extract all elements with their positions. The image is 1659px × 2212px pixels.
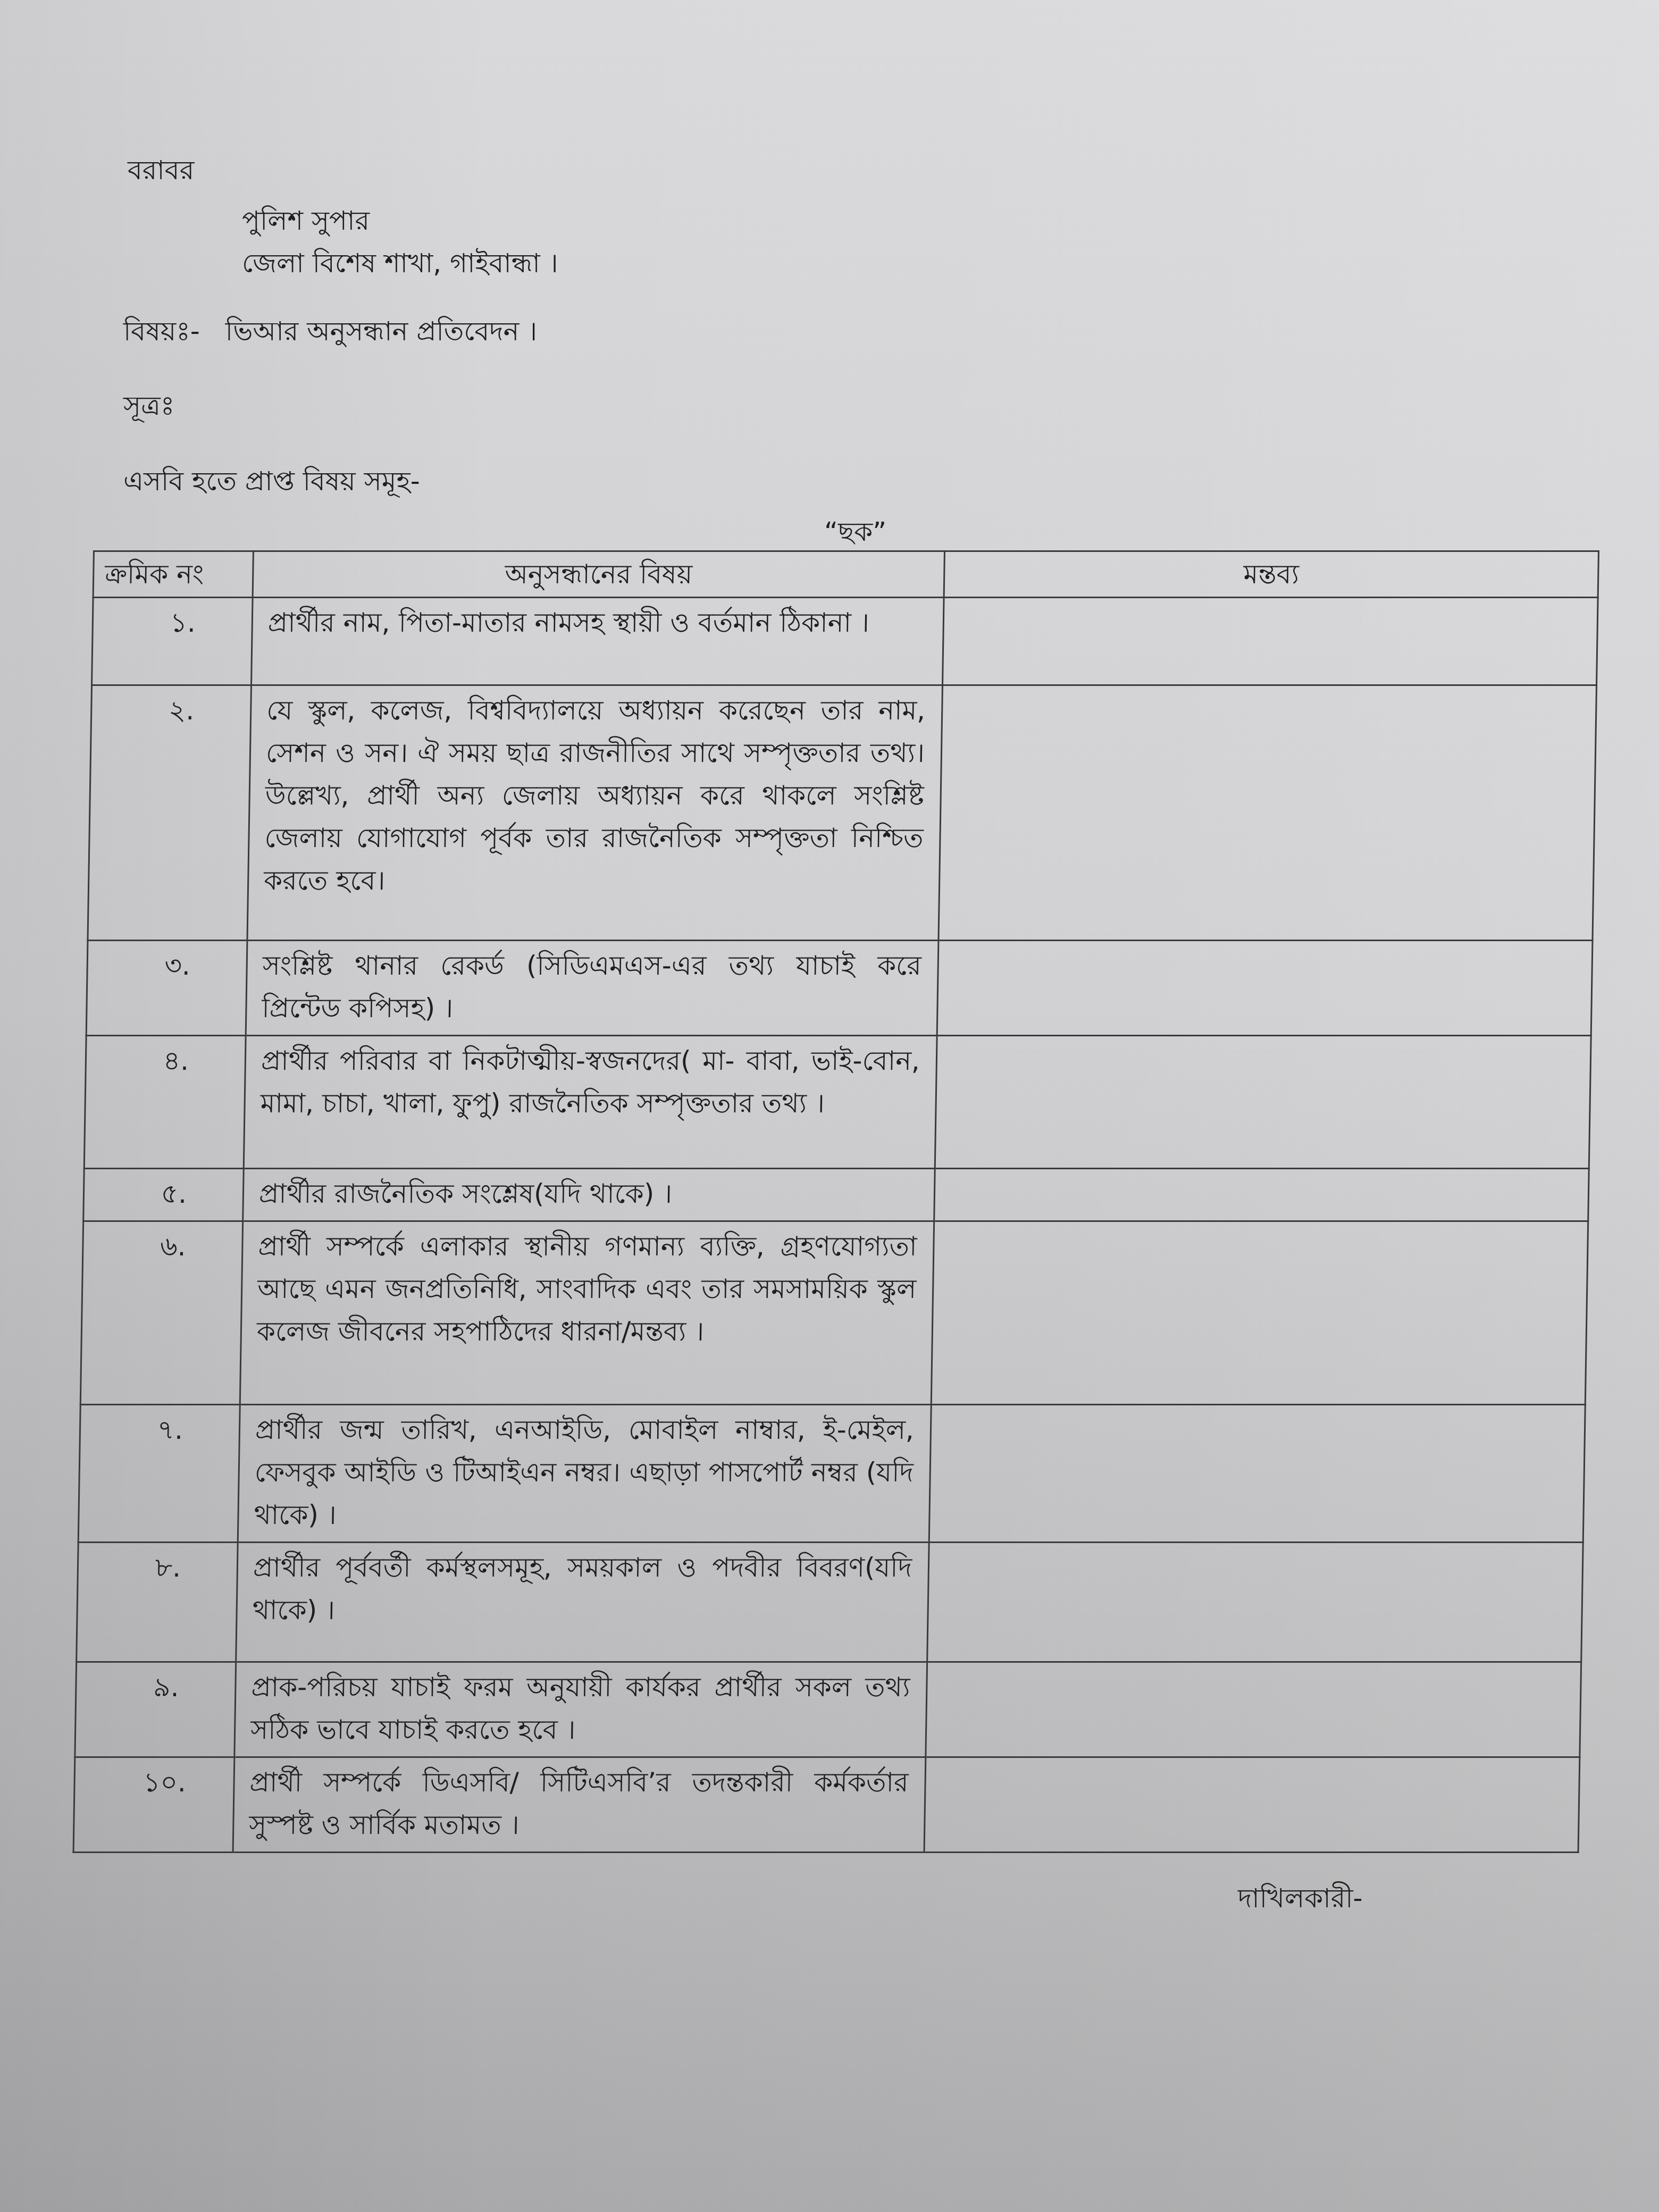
subject-label: বিষয়ঃ- (123, 316, 200, 347)
header-inquiry-subject: অনুসন্ধানের বিষয় (253, 551, 944, 598)
row-serial-no: ৭. (78, 1405, 240, 1543)
row-serial-no: ৪. (84, 1036, 246, 1169)
table-row: ৭.প্রার্থীর জন্ম তারিখ, এনআইডি, মোবাইল ন… (78, 1405, 1585, 1543)
row-inquiry-subject: যে স্কুল, কলেজ, বিশ্ববিদ্যালয়ে অধ্যায়ন… (247, 685, 943, 941)
row-serial-no: ৩. (86, 941, 247, 1036)
row-remark-field[interactable] (931, 1221, 1588, 1405)
row-serial-no: ৫. (83, 1169, 244, 1221)
table-row: ১.প্রার্থীর নাম, পিতা-মাতার নামসহ স্থায়… (92, 598, 1598, 685)
row-remark-field[interactable] (943, 598, 1598, 685)
row-inquiry-subject: প্রার্থী সম্পর্কে ডিএসবি/ সিটিএসবি’র তদন… (233, 1757, 926, 1853)
row-remark-field[interactable] (935, 1036, 1591, 1169)
table-row: ৮.প্রার্থীর পূর্ববর্তী কর্মস্থলসমূহ, সময… (77, 1543, 1583, 1662)
subject-value: ভিআর অনুসন্ধান প্রতিবেদন । (225, 316, 537, 347)
addressee-line-1: পুলিশ সুপার (242, 207, 370, 234)
row-inquiry-subject: প্রার্থীর পূর্ববর্তী কর্মস্থলসমূহ, সময়ক… (236, 1543, 929, 1662)
row-remark-field[interactable] (927, 1543, 1583, 1662)
row-inquiry-subject: সংশ্লিষ্ট থানার রেকর্ড (সিডিএমএস-এর তথ্য… (246, 941, 939, 1036)
row-serial-no: ২. (88, 685, 252, 941)
addressee-line-2: জেলা বিশেষ শাখা, গাইবান্ধা । (242, 250, 558, 276)
row-remark-field[interactable] (929, 1405, 1585, 1543)
checklist-title: “ছক” (824, 518, 886, 545)
row-inquiry-subject: প্রার্থীর পরিবার বা নিকটাত্মীয়-স্বজনদের… (244, 1036, 937, 1169)
header-remarks: মন্তব্য (944, 551, 1598, 598)
table-row: ৪.প্রার্থীর পরিবার বা নিকটাত্মীয়-স্বজনদ… (84, 1036, 1591, 1169)
submitter-label: দাখিলকারী- (1238, 1885, 1363, 1912)
table-row: ৩.সংশ্লিষ্ট থানার রেকর্ড (সিডিএমএস-এর তথ… (86, 941, 1593, 1036)
row-serial-no: ৯. (75, 1662, 236, 1757)
table-row: ২.যে স্কুল, কলেজ, বিশ্ববিদ্যালয়ে অধ্যায… (88, 685, 1597, 941)
table-row: ৯.প্রাক-পরিচয় যাচাই ফরম অনুযায়ী কার্যক… (75, 1662, 1581, 1757)
table-row: ৬.প্রার্থী সম্পর্কে এলাকার স্থানীয় গণমা… (80, 1221, 1588, 1405)
header-serial-no: ক্রমিক নং (93, 551, 253, 598)
row-inquiry-subject: প্রাক-পরিচয় যাচাই ফরম অনুযায়ী কার্যকর … (234, 1662, 927, 1757)
row-serial-no: ১. (92, 598, 253, 685)
to-label: বরাবর (128, 157, 194, 183)
reference-label: সূত্রঃ (123, 392, 174, 419)
row-serial-no: ৮. (77, 1543, 238, 1662)
row-inquiry-subject: প্রার্থী সম্পর্কে এলাকার স্থানীয় গণমান্… (240, 1221, 934, 1405)
row-inquiry-subject: প্রার্থীর রাজনৈতিক সংশ্লেষ(যদি থাকে) । (243, 1169, 935, 1221)
row-remark-field[interactable] (939, 685, 1597, 941)
checklist-table: ক্রমিক নং অনুসন্ধানের বিষয় মন্তব্য ১.প্… (73, 550, 1599, 1853)
table-header-row: ক্রমিক নং অনুসন্ধানের বিষয় মন্তব্য (93, 551, 1598, 598)
row-serial-no: ৬. (80, 1221, 242, 1405)
row-remark-field[interactable] (924, 1757, 1580, 1853)
row-remark-field[interactable] (934, 1169, 1589, 1221)
row-remark-field[interactable] (937, 941, 1593, 1036)
items-intro: এসবি হতে প্রাপ্ত বিষয় সমূহ- (123, 468, 420, 495)
row-inquiry-subject: প্রার্থীর নাম, পিতা-মাতার নামসহ স্থায়ী … (252, 598, 944, 685)
row-inquiry-subject: প্রার্থীর জন্ম তারিখ, এনআইডি, মোবাইল নাম… (238, 1405, 931, 1543)
table-row: ১০.প্রার্থী সম্পর্কে ডিএসবি/ সিটিএসবি’র … (73, 1757, 1580, 1853)
row-serial-no: ১০. (73, 1757, 234, 1853)
subject-line: বিষয়ঃ-ভিআর অনুসন্ধান প্রতিবেদন । (123, 318, 537, 345)
row-remark-field[interactable] (926, 1662, 1581, 1757)
table-row: ৫.প্রার্থীর রাজনৈতিক সংশ্লেষ(যদি থাকে) । (83, 1169, 1589, 1221)
